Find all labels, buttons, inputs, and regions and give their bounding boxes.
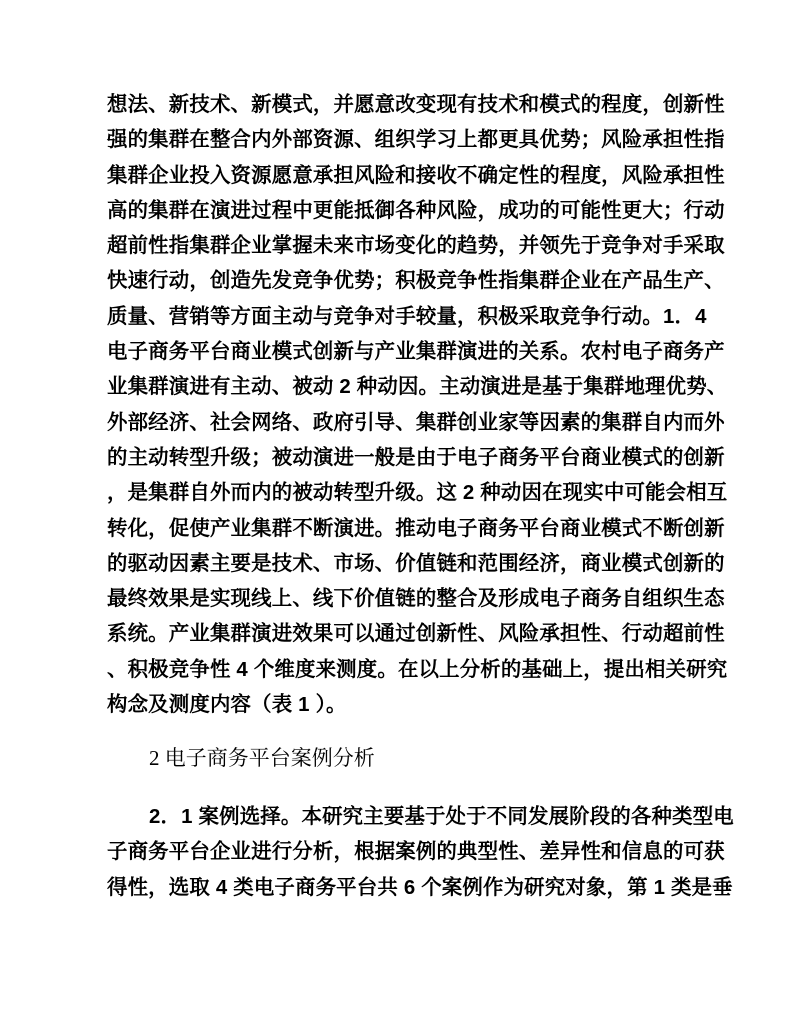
text-line: 快速行动，创造先发竞争优势；积极竞争性指集群企业在产品生产、: [107, 264, 721, 299]
text-line: 想法、新技术、新模式，并愿意改变现有技术和模式的程度，创新性: [107, 88, 721, 123]
text-line: 强的集群在整合内外部资源、组织学习上都更具优势；风险承担性指: [107, 123, 721, 158]
body-paragraph: 想法、新技术、新模式，并愿意改变现有技术和模式的程度，创新性 强的集群在整合内外…: [107, 88, 721, 723]
text-line: 2．1 案例选择。本研究主要基于处于不同发展阶段的各种类型电: [107, 800, 721, 835]
document-page: 想法、新技术、新模式，并愿意改变现有技术和模式的程度，创新性 强的集群在整合内外…: [0, 0, 792, 1025]
section-heading: 2 电子商务平台案例分析: [107, 741, 721, 776]
text-line: 子商务平台企业进行分析，根据案例的典型性、差异性和信息的可获: [107, 835, 721, 870]
text-line: 系统。产业集群演进效果可以通过创新性、风险承担性、行动超前性: [107, 617, 721, 652]
text-line: 高的集群在演进过程中更能抵御各种风险，成功的可能性更大；行动: [107, 194, 721, 229]
case-selection-paragraph: 2．1 案例选择。本研究主要基于处于不同发展阶段的各种类型电 子商务平台企业进行…: [107, 800, 721, 906]
text-line: 、积极竞争性 4 个维度来测度。在以上分析的基础上，提出相关研究: [107, 653, 721, 688]
text-line: 外部经济、社会网络、政府引导、集群创业家等因素的集群自内而外: [107, 406, 721, 441]
text-line: 得性，选取 4 类电子商务平台共 6 个案例作为研究对象，第 1 类是垂: [107, 871, 721, 906]
text-line: ，是集群自外而内的被动转型升级。这 2 种动因在现实中可能会相互: [107, 476, 721, 511]
text-line: 超前性指集群企业掌握未来市场变化的趋势，并领先于竞争对手采取: [107, 229, 721, 264]
text-line: 转化，促使产业集群不断演进。推动电子商务平台商业模式不断创新: [107, 512, 721, 547]
text-line: 的驱动因素主要是技术、市场、价值链和范围经济，商业模式创新的: [107, 547, 721, 582]
text-line: 最终效果是实现线上、线下价值链的整合及形成电子商务自组织生态: [107, 582, 721, 617]
text-line: 业集群演进有主动、被动 2 种动因。主动演进是基于集群地理优势、: [107, 370, 721, 405]
text-line: 集群企业投入资源愿意承担风险和接收不确定性的程度，风险承担性: [107, 159, 721, 194]
text-line: 电子商务平台商业模式创新与产业集群演进的关系。农村电子商务产: [107, 335, 721, 370]
text-line: 质量、营销等方面主动与竞争对手较量，积极采取竞争行动。1．4: [107, 300, 721, 335]
text-line: 构念及测度内容（表 1 ）。: [107, 688, 721, 723]
text-line: 的主动转型升级；被动演进一般是由于电子商务平台商业模式的创新: [107, 441, 721, 476]
